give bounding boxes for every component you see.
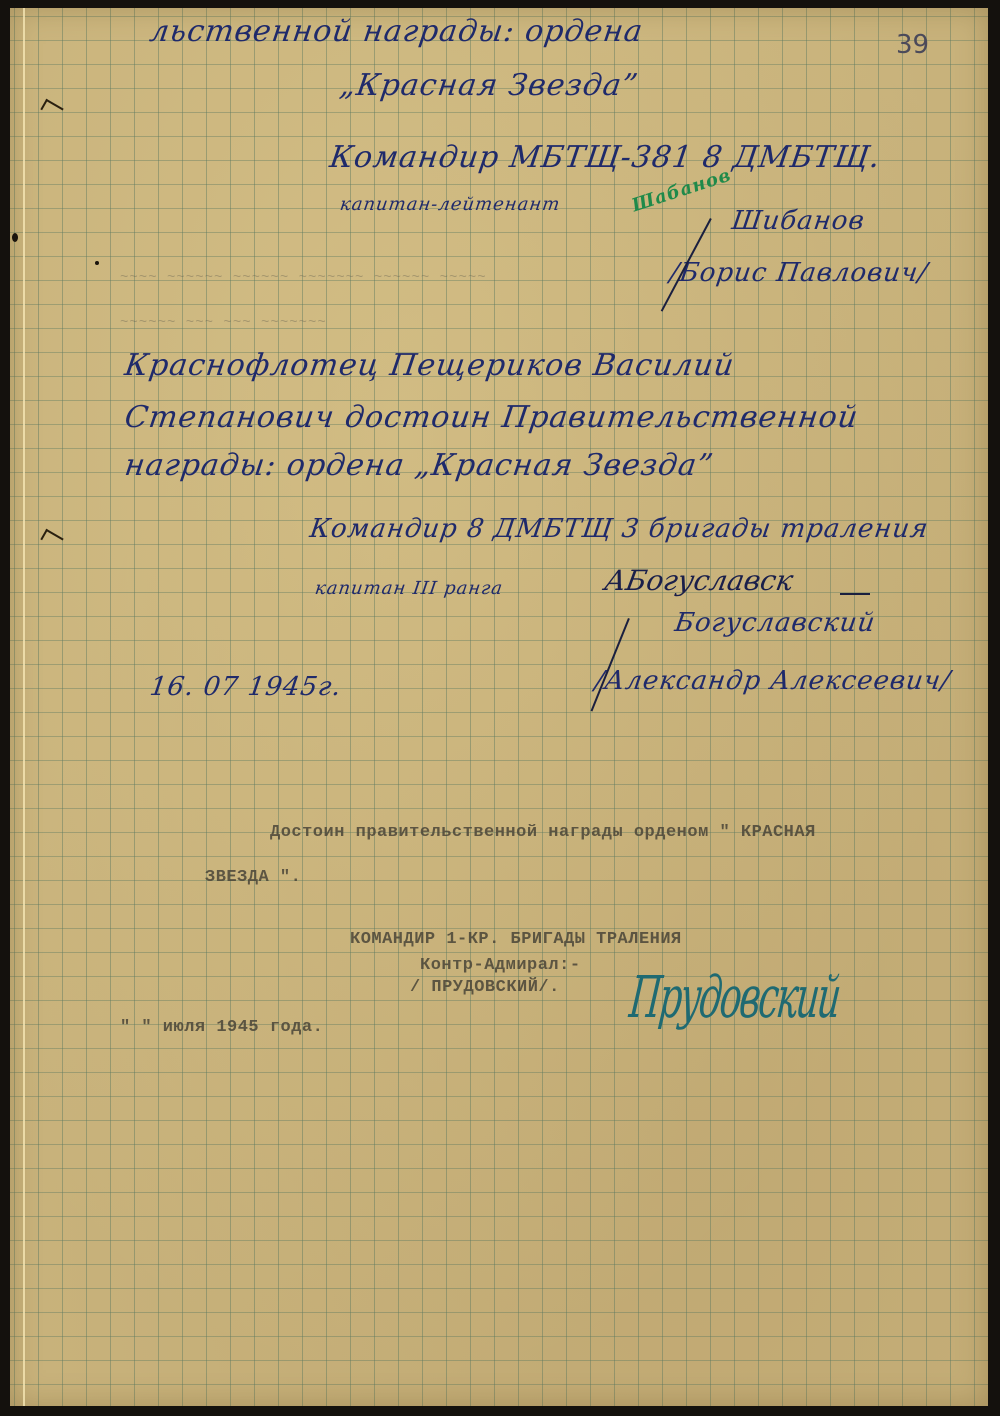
signer-surname-2: Богуславский [673, 608, 878, 638]
resolution-line-2: ЗВЕЗДА ". [205, 868, 301, 887]
brigade-commander-rank: Контр-Адмирал:- [420, 956, 581, 975]
commander-signature-2: АБогуславск [602, 564, 796, 597]
brigade-commander-name: / ПРУДОВСКИЙ/. [410, 978, 560, 997]
margin-fold [23, 8, 25, 1406]
commander-rank-2: капитан III ранга [314, 578, 505, 599]
archival-document-page: 39 льственной награды: ордена „Красная З… [10, 8, 988, 1406]
paper-tear-mark [40, 99, 63, 119]
signer-fullname-1: /Борис Павлович/ [668, 258, 930, 288]
page-number: 39 [896, 30, 929, 60]
nominee-line-1: Краснофлотец Пещериков Василий [123, 348, 737, 383]
nominee-line-3: награды: ордена „Красная Звезда” [123, 448, 716, 483]
commander-title-2: Командир 8 ДМБТЩ 3 бригады траления [308, 514, 931, 544]
commander-rank-1: капитан-лейтенант [339, 194, 562, 215]
award-name: „Красная Звезда” [338, 68, 641, 103]
brigade-commander-title: КОМАНДИР 1-КР. БРИГАДЫ ТРАЛЕНИЯ [350, 930, 682, 949]
date-handwritten: 16. 07 1945г. [148, 672, 344, 702]
punch-hole [12, 233, 18, 242]
paper-tear-mark [40, 529, 63, 549]
brigade-commander-signature: Прудовский [627, 966, 843, 1032]
resolution-line-1: Достоин правительственной награды ордено… [270, 823, 816, 842]
signature-stroke [591, 618, 630, 711]
award-text-continuation: льственной награды: ордена [148, 14, 646, 49]
bleedthrough-text: ~~~~ ~~~~~~ ~~~~~~ ~~~~~~~ ~~~~~~ ~~~~~ [120, 270, 487, 286]
commander-title-1: Командир МБТЩ-381 8 ДМБТЩ. [328, 140, 883, 175]
resolution-date: " " июля 1945 года. [120, 1018, 323, 1037]
bleedthrough-text: ~~~~~~ ~~~ ~~~ ~~~~~~~ [120, 315, 327, 331]
signature-dash [840, 593, 870, 595]
punch-hole [95, 261, 99, 265]
signer-fullname-2: /Александр Алексеевич/ [593, 666, 953, 696]
signer-surname-1: Шибанов [730, 206, 867, 236]
nominee-line-2: Степанович достоин Правительственной [123, 400, 861, 435]
